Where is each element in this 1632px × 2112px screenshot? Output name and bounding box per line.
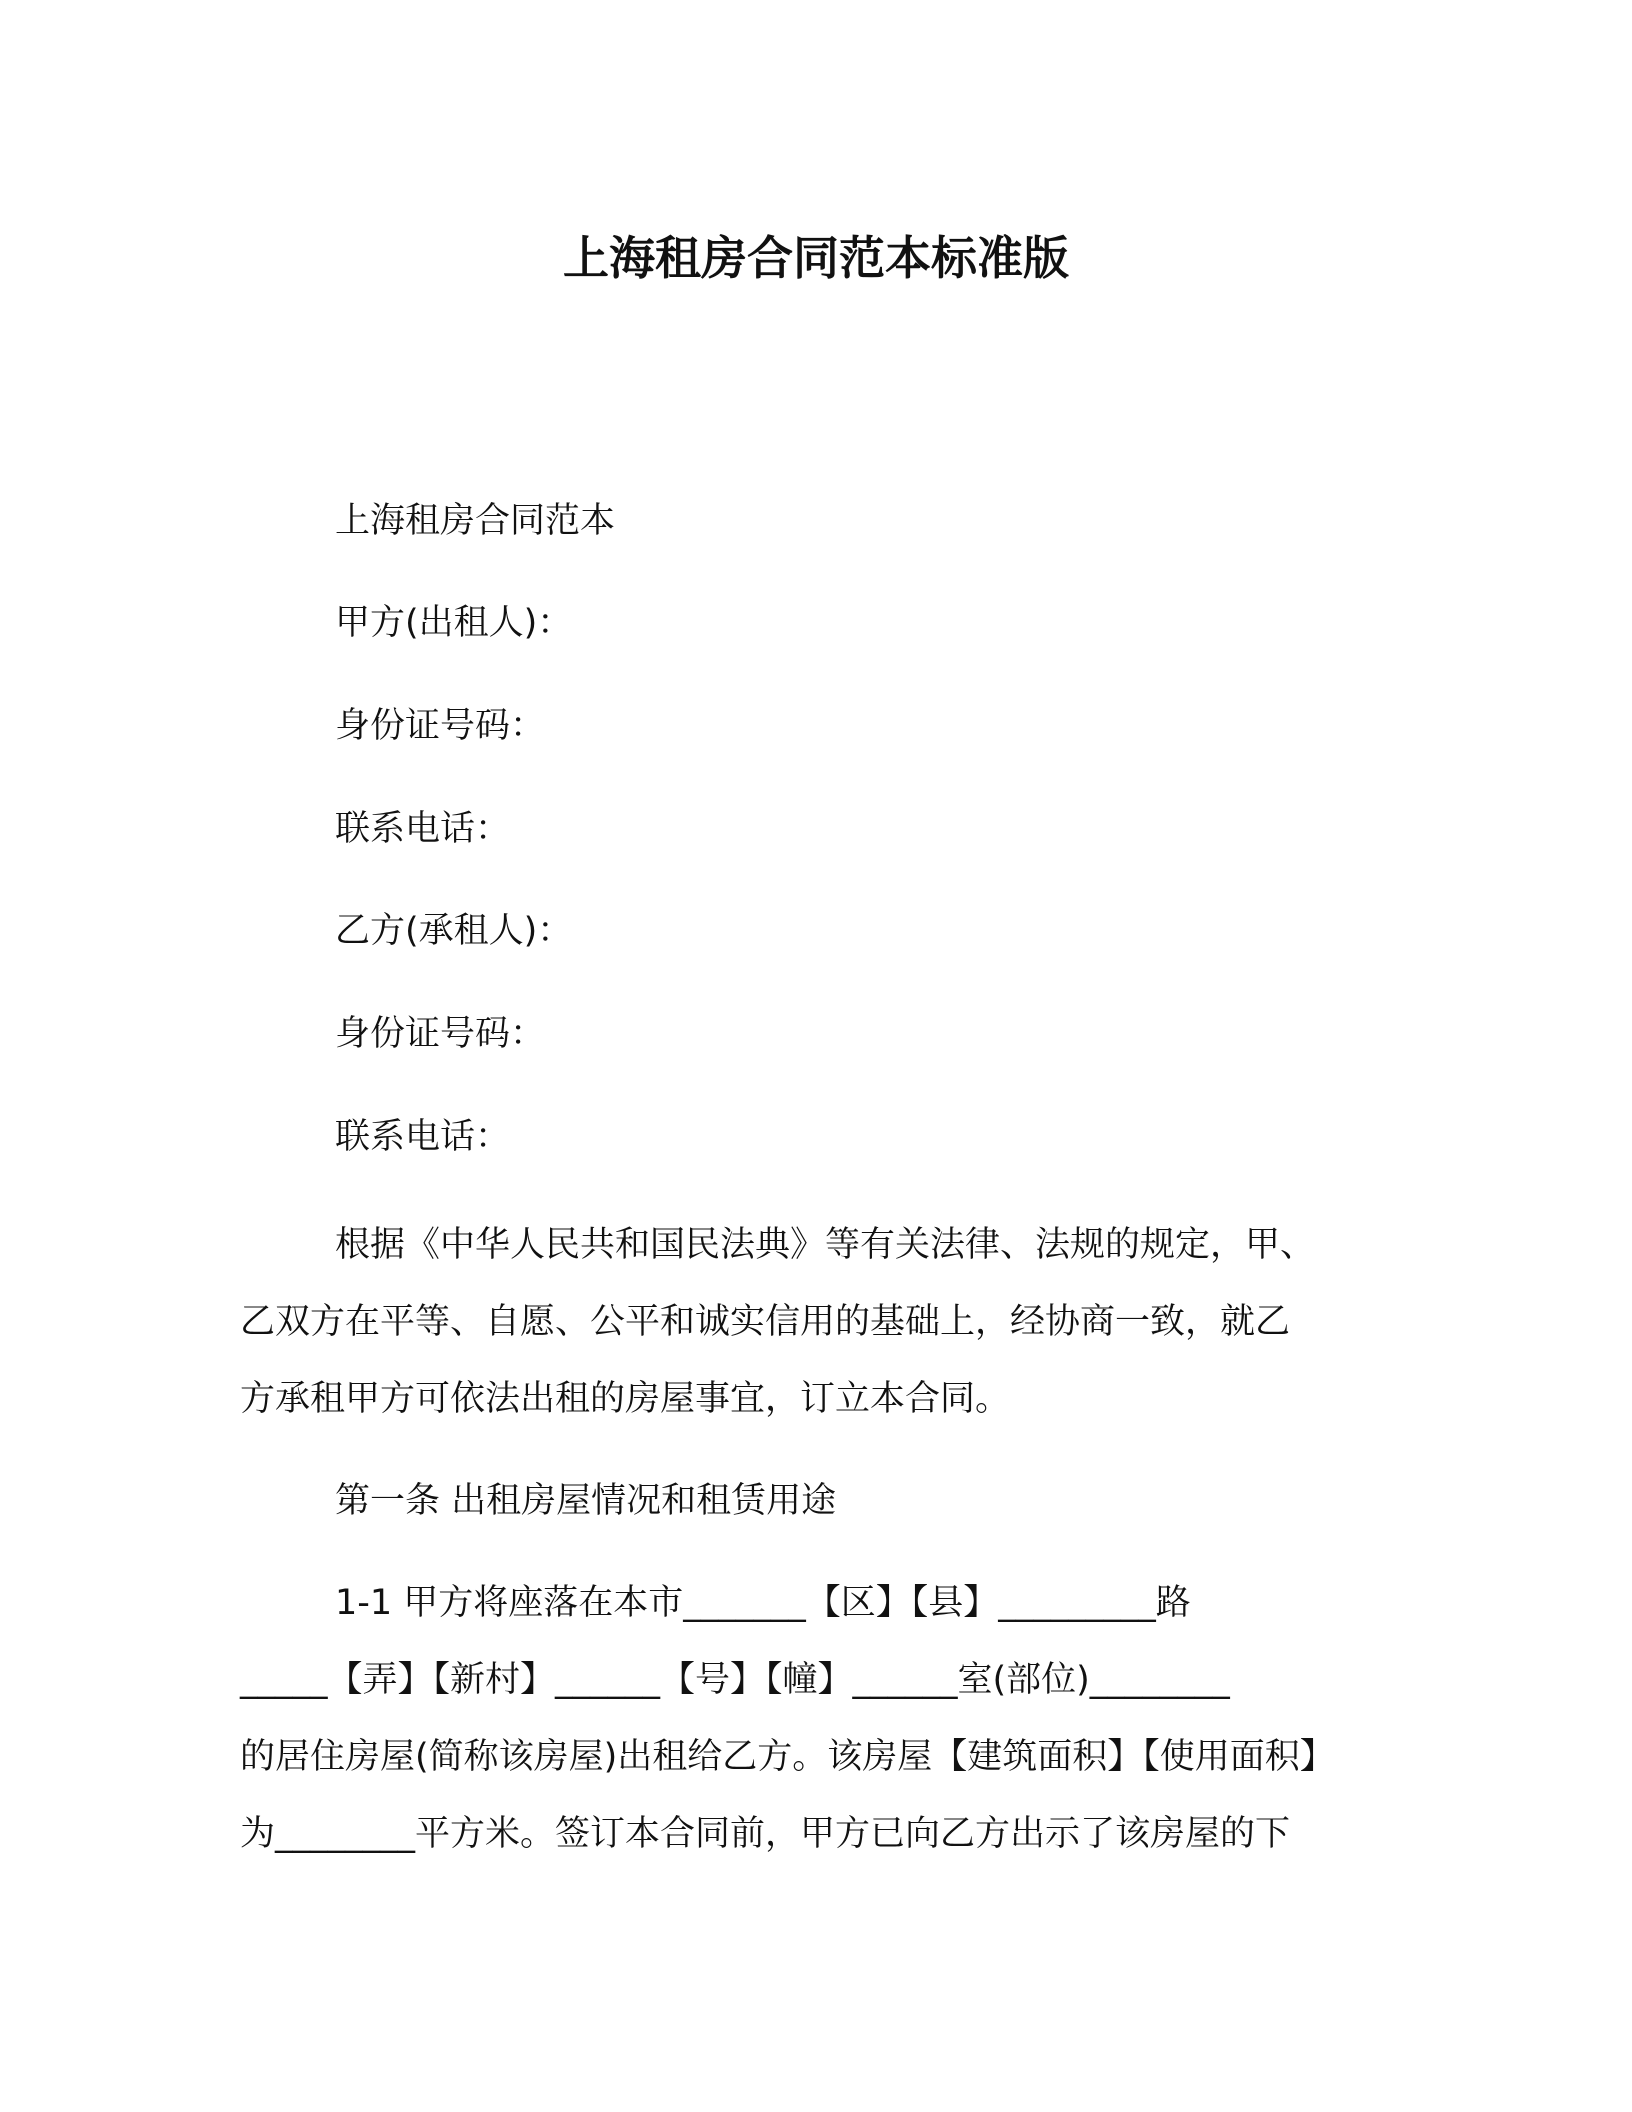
clause-1-1-line-4: 为________平方米。签订本合同前，甲方已向乙方出示了该房屋的下 <box>240 1811 1290 1857</box>
clause-1-1-line-1: 1-1 甲方将座落在本市_______【区】【县】_________路 <box>335 1580 1191 1626</box>
party-a-phone-label: 联系电话： <box>335 806 510 852</box>
preamble-line-3: 方承租甲方可依法出租的房屋事宜，订立本合同。 <box>240 1376 1010 1422</box>
party-b-phone-label: 联系电话： <box>335 1114 510 1160</box>
party-b-label: 乙方(承租人)： <box>335 908 572 954</box>
clause-1-1-line-3: 的居住房屋(简称该房屋)出租给乙方。该房屋【建筑面积】【使用面积】 <box>240 1734 1335 1780</box>
preamble-line-2: 乙双方在平等、自愿、公平和诚实信用的基础上，经协商一致，就乙 <box>240 1299 1290 1345</box>
party-a-id-label: 身份证号码： <box>335 703 545 749</box>
clause-1-1-line-2: _____【弄】【新村】______【号】【幢】______室(部位)_____… <box>240 1657 1230 1703</box>
contract-heading: 上海租房合同范本 <box>335 498 615 544</box>
preamble-line-1: 根据《中华人民共和国民法典》等有关法律、法规的规定，甲、 <box>335 1222 1315 1268</box>
party-b-id-label: 身份证号码： <box>335 1011 545 1057</box>
party-a-label: 甲方(出租人)： <box>335 600 572 646</box>
article-1-title: 第一条 出租房屋情况和租赁用途 <box>335 1478 836 1524</box>
document-title: 上海租房合同范本标准版 <box>0 222 1632 288</box>
